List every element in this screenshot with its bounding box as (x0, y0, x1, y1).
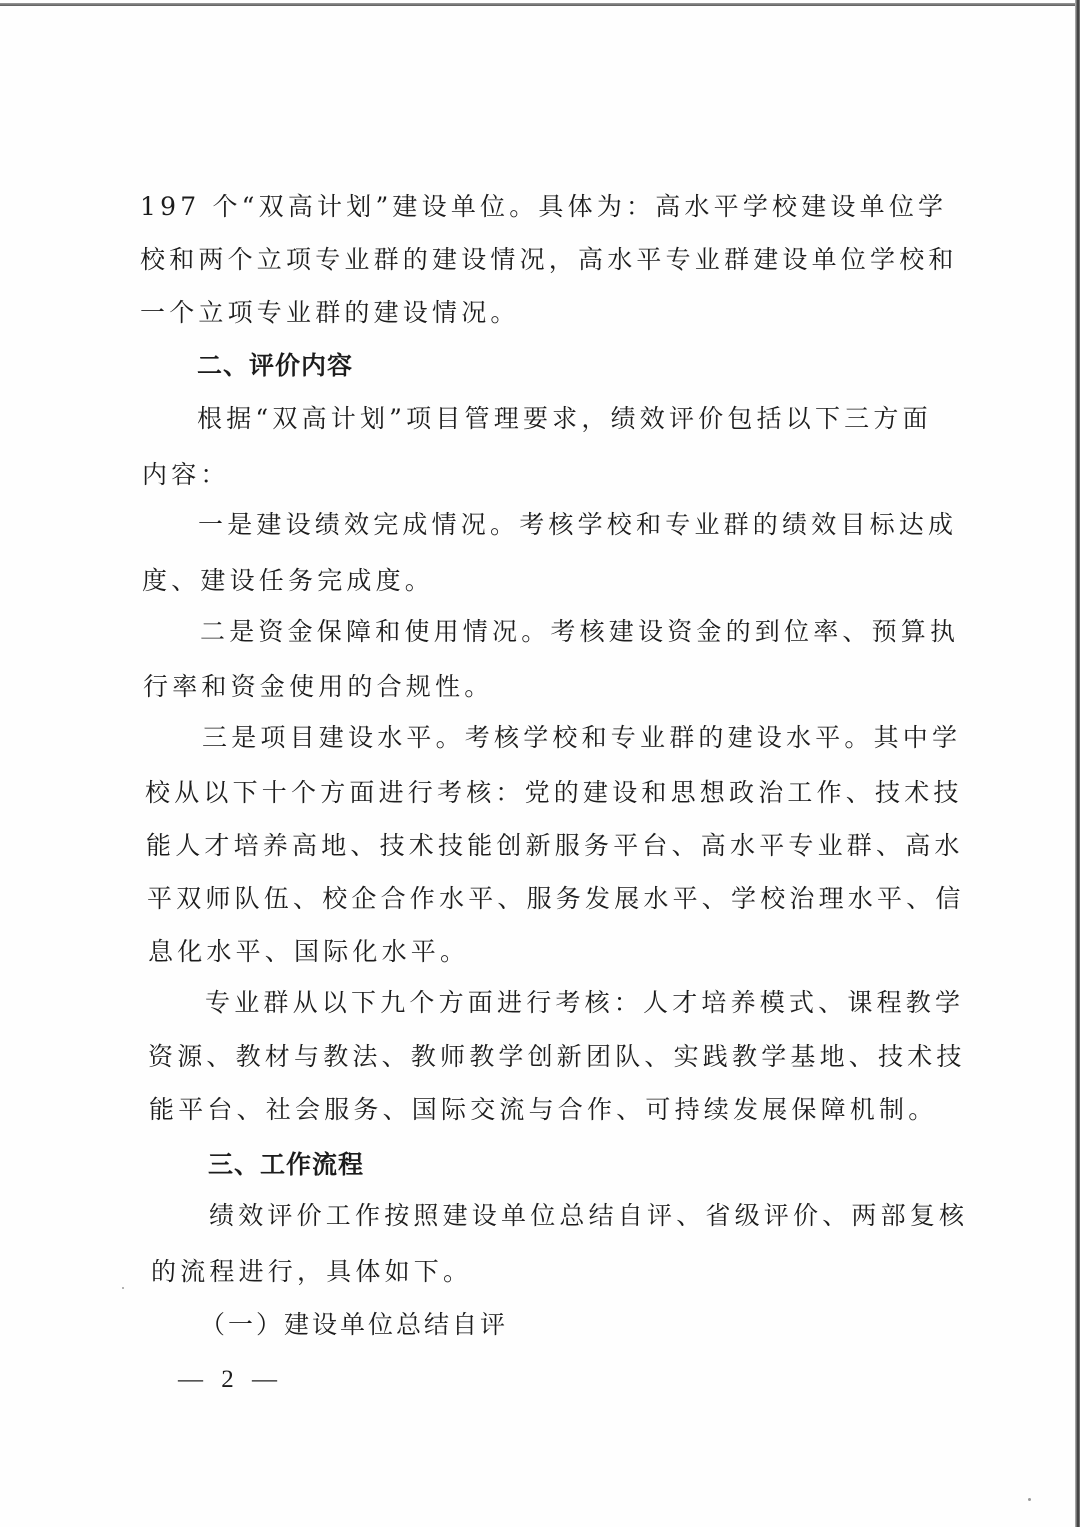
paragraph-line: 能平台、社会服务、国际交流与合作、可持续发展保障机制。 (149, 1095, 937, 1125)
scan-speck (1028, 1498, 1031, 1501)
section-heading-workflow: 三、工作流程 (208, 1150, 364, 1180)
paragraph-line: 资源、教材与教法、教师教学创新团队、实践教学基地、技术技 (148, 1042, 966, 1072)
paragraph-line: 校和两个立项专业群的建设情况，高水平专业群建设单位学校和 (140, 245, 958, 275)
paragraph-line: 绩效评价工作按照建设单位总结自评、省级评价、两部复核 (209, 1201, 968, 1231)
paragraph-line: 度、建设任务完成度。 (142, 566, 434, 596)
paragraph-line: 二是资金保障和使用情况。考核建设资金的到位率、预算执 (200, 617, 959, 647)
paragraph-line: 校从以下十个方面进行考核：党的建设和思想政治工作、技术技 (145, 778, 963, 808)
paragraph-line: 一是建设绩效完成情况。考核学校和专业群的绩效目标达成 (198, 510, 957, 540)
page-number: — 2 — (178, 1366, 283, 1394)
section-heading-evaluation-content: 二、评价内容 (197, 351, 353, 381)
paragraph-line: 内容： (142, 460, 230, 490)
paragraph-line: 三是项目建设水平。考核学校和专业群的建设水平。其中学 (202, 723, 961, 753)
paragraph-line: 的流程进行，具体如下。 (151, 1257, 472, 1287)
document-page: 197 个“双高计划”建设单位。具体为：高水平学校建设单位学 校和两个立项专业群… (0, 0, 1080, 1527)
scan-speck (122, 1287, 124, 1289)
paragraph-line: 一个立项专业群的建设情况。 (140, 298, 520, 328)
scan-right-edge-shadow (1075, 0, 1080, 1527)
paragraph-line: 平双师队伍、校企合作水平、服务发展水平、学校治理水平、信 (147, 884, 965, 914)
paragraph-line: 息化水平、国际化水平。 (148, 937, 469, 967)
paragraph-line: 行率和资金使用的合规性。 (143, 672, 493, 702)
scan-top-border (0, 3, 1075, 6)
paragraph-line: 专业群从以下九个方面进行考核：人才培养模式、课程教学 (205, 988, 964, 1018)
paragraph-line: 根据“双高计划”项目管理要求，绩效评价包括以下三方面 (197, 404, 932, 434)
paragraph-line: 197 个“双高计划”建设单位。具体为：高水平学校建设单位学 (140, 192, 947, 222)
subsection-heading-self-evaluation: （一）建设单位总结自评 (200, 1310, 508, 1340)
paragraph-line: 能人才培养高地、技术技能创新服务平台、高水平专业群、高水 (146, 831, 964, 861)
